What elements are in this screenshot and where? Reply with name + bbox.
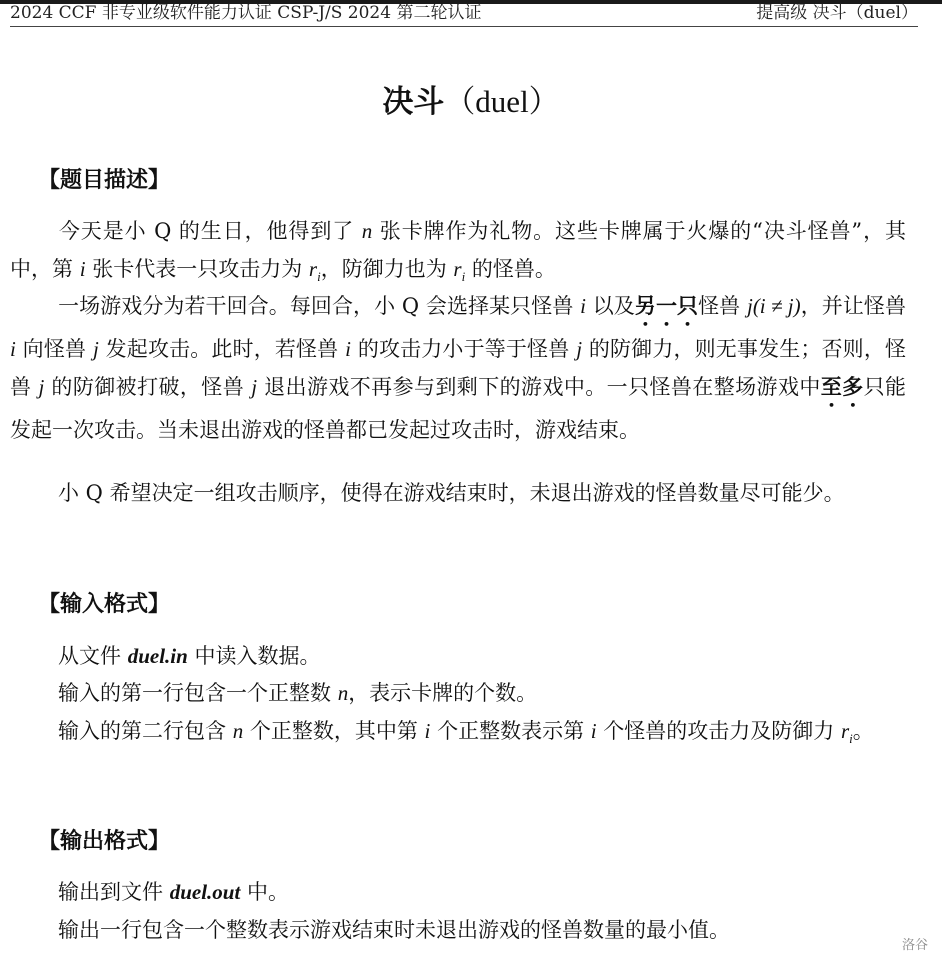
description-paragraph-1: 今天是小 Q 的生日，他得到了 n 张卡牌作为礼物。这些卡牌属于火爆的“决斗怪兽… [10,213,906,288]
problem-title-cn: 决斗 [382,84,444,120]
section-heading-description: 【题目描述】 [38,166,170,196]
description-paragraph-2: 一场游戏分为若干回合。每回合，小 Q 会选择某只怪兽 i 以及另一只怪兽 j(i… [10,288,906,449]
section-heading-input: 【输入格式】 [38,590,170,620]
output-line-1: 输出到文件 duel.out 中。 [10,874,906,912]
emphasis-at-most: 至多 [821,375,864,399]
input-line-1: 从文件 duel.in 中读入数据。 [10,638,906,676]
header-problem-name: 提高级 决斗（duel） [756,2,918,24]
page-header: 2024 CCF 非专业级软件能力认证 CSP-J/S 2024 第二轮认证 提… [10,2,918,26]
header-contest-name: 2024 CCF 非专业级软件能力认证 CSP-J/S 2024 第二轮认证 [10,2,481,24]
problem-title: 决斗（duel） [0,80,942,124]
luogu-watermark: 洛谷 [902,934,928,953]
description-paragraph-3: 小 Q 希望决定一组攻击顺序，使得在游戏结束时，未退出游戏的怪兽数量尽可能少。 [10,475,906,513]
output-filename: duel.out [170,880,241,904]
input-filename: duel.in [128,644,188,668]
input-line-2: 输入的第一行包含一个正整数 n，表示卡牌的个数。 [10,675,906,713]
output-line-2: 输出一行包含一个整数表示游戏结束时未退出游戏的怪兽数量的最小值。 [10,912,906,950]
emphasis-another: 另一只 [635,294,698,318]
section-heading-output: 【输出格式】 [38,827,170,857]
input-line-3: 输入的第二行包含 n 个正整数，其中第 i 个正整数表示第 i 个怪兽的攻击力及… [10,713,906,751]
header-divider [10,26,918,27]
problem-title-en: （duel） [444,84,559,119]
